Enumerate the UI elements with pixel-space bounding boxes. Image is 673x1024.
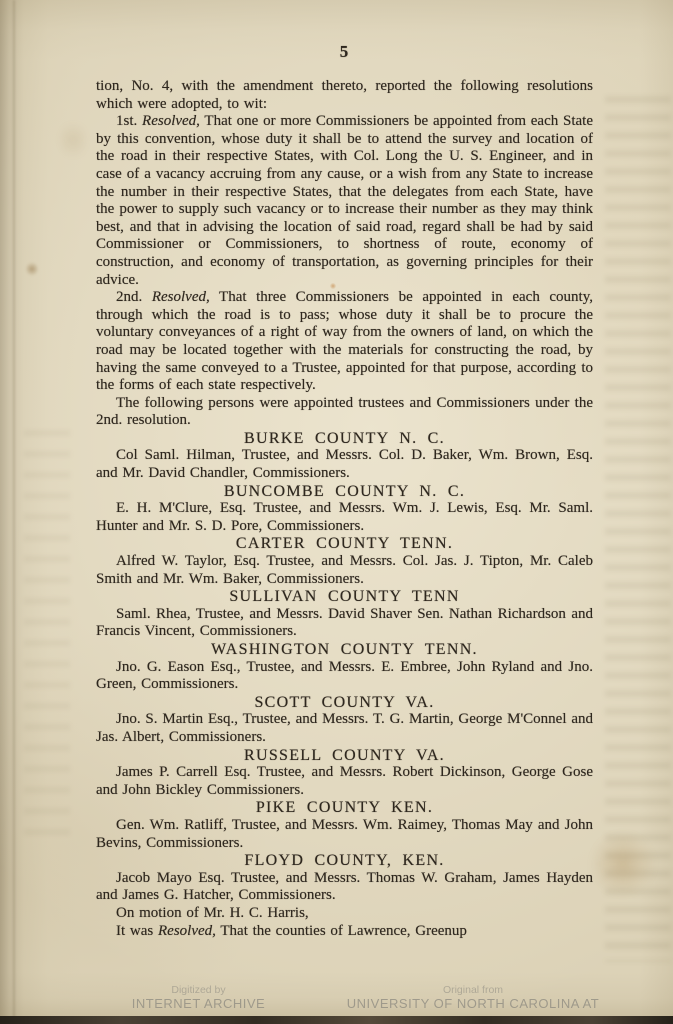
text-segment: Gen. Wm. Ratliff, Trustee, and Messrs. W… bbox=[96, 817, 593, 851]
text-segment: 2nd. bbox=[116, 289, 152, 305]
text-segment: 1st. bbox=[116, 113, 142, 129]
page-number: 5 bbox=[96, 42, 593, 62]
text-segment: Alfred W. Taylor, Esq. Trustee, and Mess… bbox=[96, 553, 593, 587]
county-heading: BURKE COUNTY N. C. bbox=[96, 430, 593, 448]
county-heading: FLOYD COUNTY, KEN. bbox=[96, 852, 593, 870]
text-segment: RUSSELL COUNTY VA. bbox=[244, 747, 445, 764]
paragraph: Jacob Mayo Esq. Trustee, and Messrs. Tho… bbox=[96, 870, 593, 905]
text-segment: BUNCOMBE COUNTY N. C. bbox=[224, 483, 465, 500]
italic-text-segment: Resolved, bbox=[158, 923, 216, 939]
page-text-block: tion, No. 4, with the amendment thereto,… bbox=[96, 78, 593, 940]
italic-text-segment: Resolved, bbox=[142, 113, 200, 129]
scanned-book-page: 5 tion, No. 4, with the amendment theret… bbox=[0, 0, 673, 1024]
watermark-original-from-label: Original from bbox=[328, 984, 618, 996]
scan-bottom-edge bbox=[0, 1016, 673, 1024]
text-segment: Jacob Mayo Esq. Trustee, and Messrs. Tho… bbox=[96, 870, 593, 904]
text-segment: SULLIVAN COUNTY TENN bbox=[229, 588, 459, 605]
paragraph: tion, No. 4, with the amendment thereto,… bbox=[96, 78, 593, 113]
text-segment: It was bbox=[116, 923, 158, 939]
county-heading: SULLIVAN COUNTY TENN bbox=[96, 588, 593, 606]
text-segment: SCOTT COUNTY VA. bbox=[254, 694, 434, 711]
paper-stain bbox=[26, 262, 38, 276]
paragraph: Saml. Rhea, Trustee, and Messrs. David S… bbox=[96, 606, 593, 641]
paper-stain bbox=[60, 120, 86, 160]
binding-crease-shadow bbox=[13, 0, 15, 1024]
paragraph: 2nd. Resolved, That three Commissioners … bbox=[96, 289, 593, 395]
text-segment: Jno. S. Martin Esq., Trustee, and Messrs… bbox=[96, 711, 593, 745]
paragraph: It was Resolved, That the counties of La… bbox=[96, 923, 593, 941]
watermark-internet-archive-label: INTERNET ARCHIVE bbox=[116, 996, 281, 1011]
county-heading: WASHINGTON COUNTY TENN. bbox=[96, 641, 593, 659]
text-segment: Saml. Rhea, Trustee, and Messrs. David S… bbox=[96, 606, 593, 640]
paragraph: Alfred W. Taylor, Esq. Trustee, and Mess… bbox=[96, 553, 593, 588]
watermark-digitized-by-label: Digitized by bbox=[116, 984, 281, 996]
text-segment: That one or more Commissioners be appoin… bbox=[96, 113, 593, 287]
county-heading: RUSSELL COUNTY VA. bbox=[96, 747, 593, 765]
paragraph: E. H. M'Clure, Esq. Trustee, and Messrs.… bbox=[96, 500, 593, 535]
text-segment: CARTER COUNTY TENN. bbox=[236, 535, 453, 552]
bleed-through-artifact-left bbox=[24, 430, 70, 850]
bleed-through-artifact-right bbox=[605, 96, 671, 962]
county-heading: PIKE COUNTY KEN. bbox=[96, 799, 593, 817]
text-segment: tion, No. 4, with the amendment thereto,… bbox=[96, 78, 593, 112]
italic-text-segment: Resolved, bbox=[152, 289, 210, 305]
paragraph: Col Saml. Hilman, Trustee, and Messrs. C… bbox=[96, 447, 593, 482]
text-segment: BURKE COUNTY N. C. bbox=[244, 430, 445, 447]
paragraph: The following persons were appointed tru… bbox=[96, 395, 593, 430]
county-heading: SCOTT COUNTY VA. bbox=[96, 694, 593, 712]
text-segment: The following persons were appointed tru… bbox=[96, 395, 593, 429]
paper-stain bbox=[588, 832, 658, 896]
watermark-internet-archive: Digitized by INTERNET ARCHIVE bbox=[116, 984, 281, 1011]
text-segment: That the counties of Lawrence, Greenup bbox=[216, 923, 467, 939]
watermark-university-label: UNIVERSITY OF NORTH CAROLINA AT bbox=[328, 996, 618, 1011]
paragraph: On motion of Mr. H. C. Harris, bbox=[96, 905, 593, 923]
text-segment: James P. Carrell Esq. Trustee, and Messr… bbox=[96, 764, 593, 798]
paragraph: Jno. G. Eason Esq., Trustee, and Messrs.… bbox=[96, 659, 593, 694]
text-segment: FLOYD COUNTY, KEN. bbox=[244, 852, 444, 869]
county-heading: BUNCOMBE COUNTY N. C. bbox=[96, 483, 593, 501]
text-segment: Jno. G. Eason Esq., Trustee, and Messrs.… bbox=[96, 659, 593, 693]
watermark-original-from: Original from UNIVERSITY OF NORTH CAROLI… bbox=[328, 984, 618, 1011]
paragraph: James P. Carrell Esq. Trustee, and Messr… bbox=[96, 764, 593, 799]
text-segment: On motion of Mr. H. C. Harris, bbox=[116, 905, 309, 921]
text-segment: Col Saml. Hilman, Trustee, and Messrs. C… bbox=[96, 447, 593, 481]
paragraph: Jno. S. Martin Esq., Trustee, and Messrs… bbox=[96, 711, 593, 746]
paragraph: 1st. Resolved, That one or more Commissi… bbox=[96, 113, 593, 289]
text-segment: WASHINGTON COUNTY TENN. bbox=[211, 641, 478, 658]
text-segment: E. H. M'Clure, Esq. Trustee, and Messrs.… bbox=[96, 500, 593, 534]
paragraph: Gen. Wm. Ratliff, Trustee, and Messrs. W… bbox=[96, 817, 593, 852]
county-heading: CARTER COUNTY TENN. bbox=[96, 535, 593, 553]
text-segment: PIKE COUNTY KEN. bbox=[256, 799, 433, 816]
